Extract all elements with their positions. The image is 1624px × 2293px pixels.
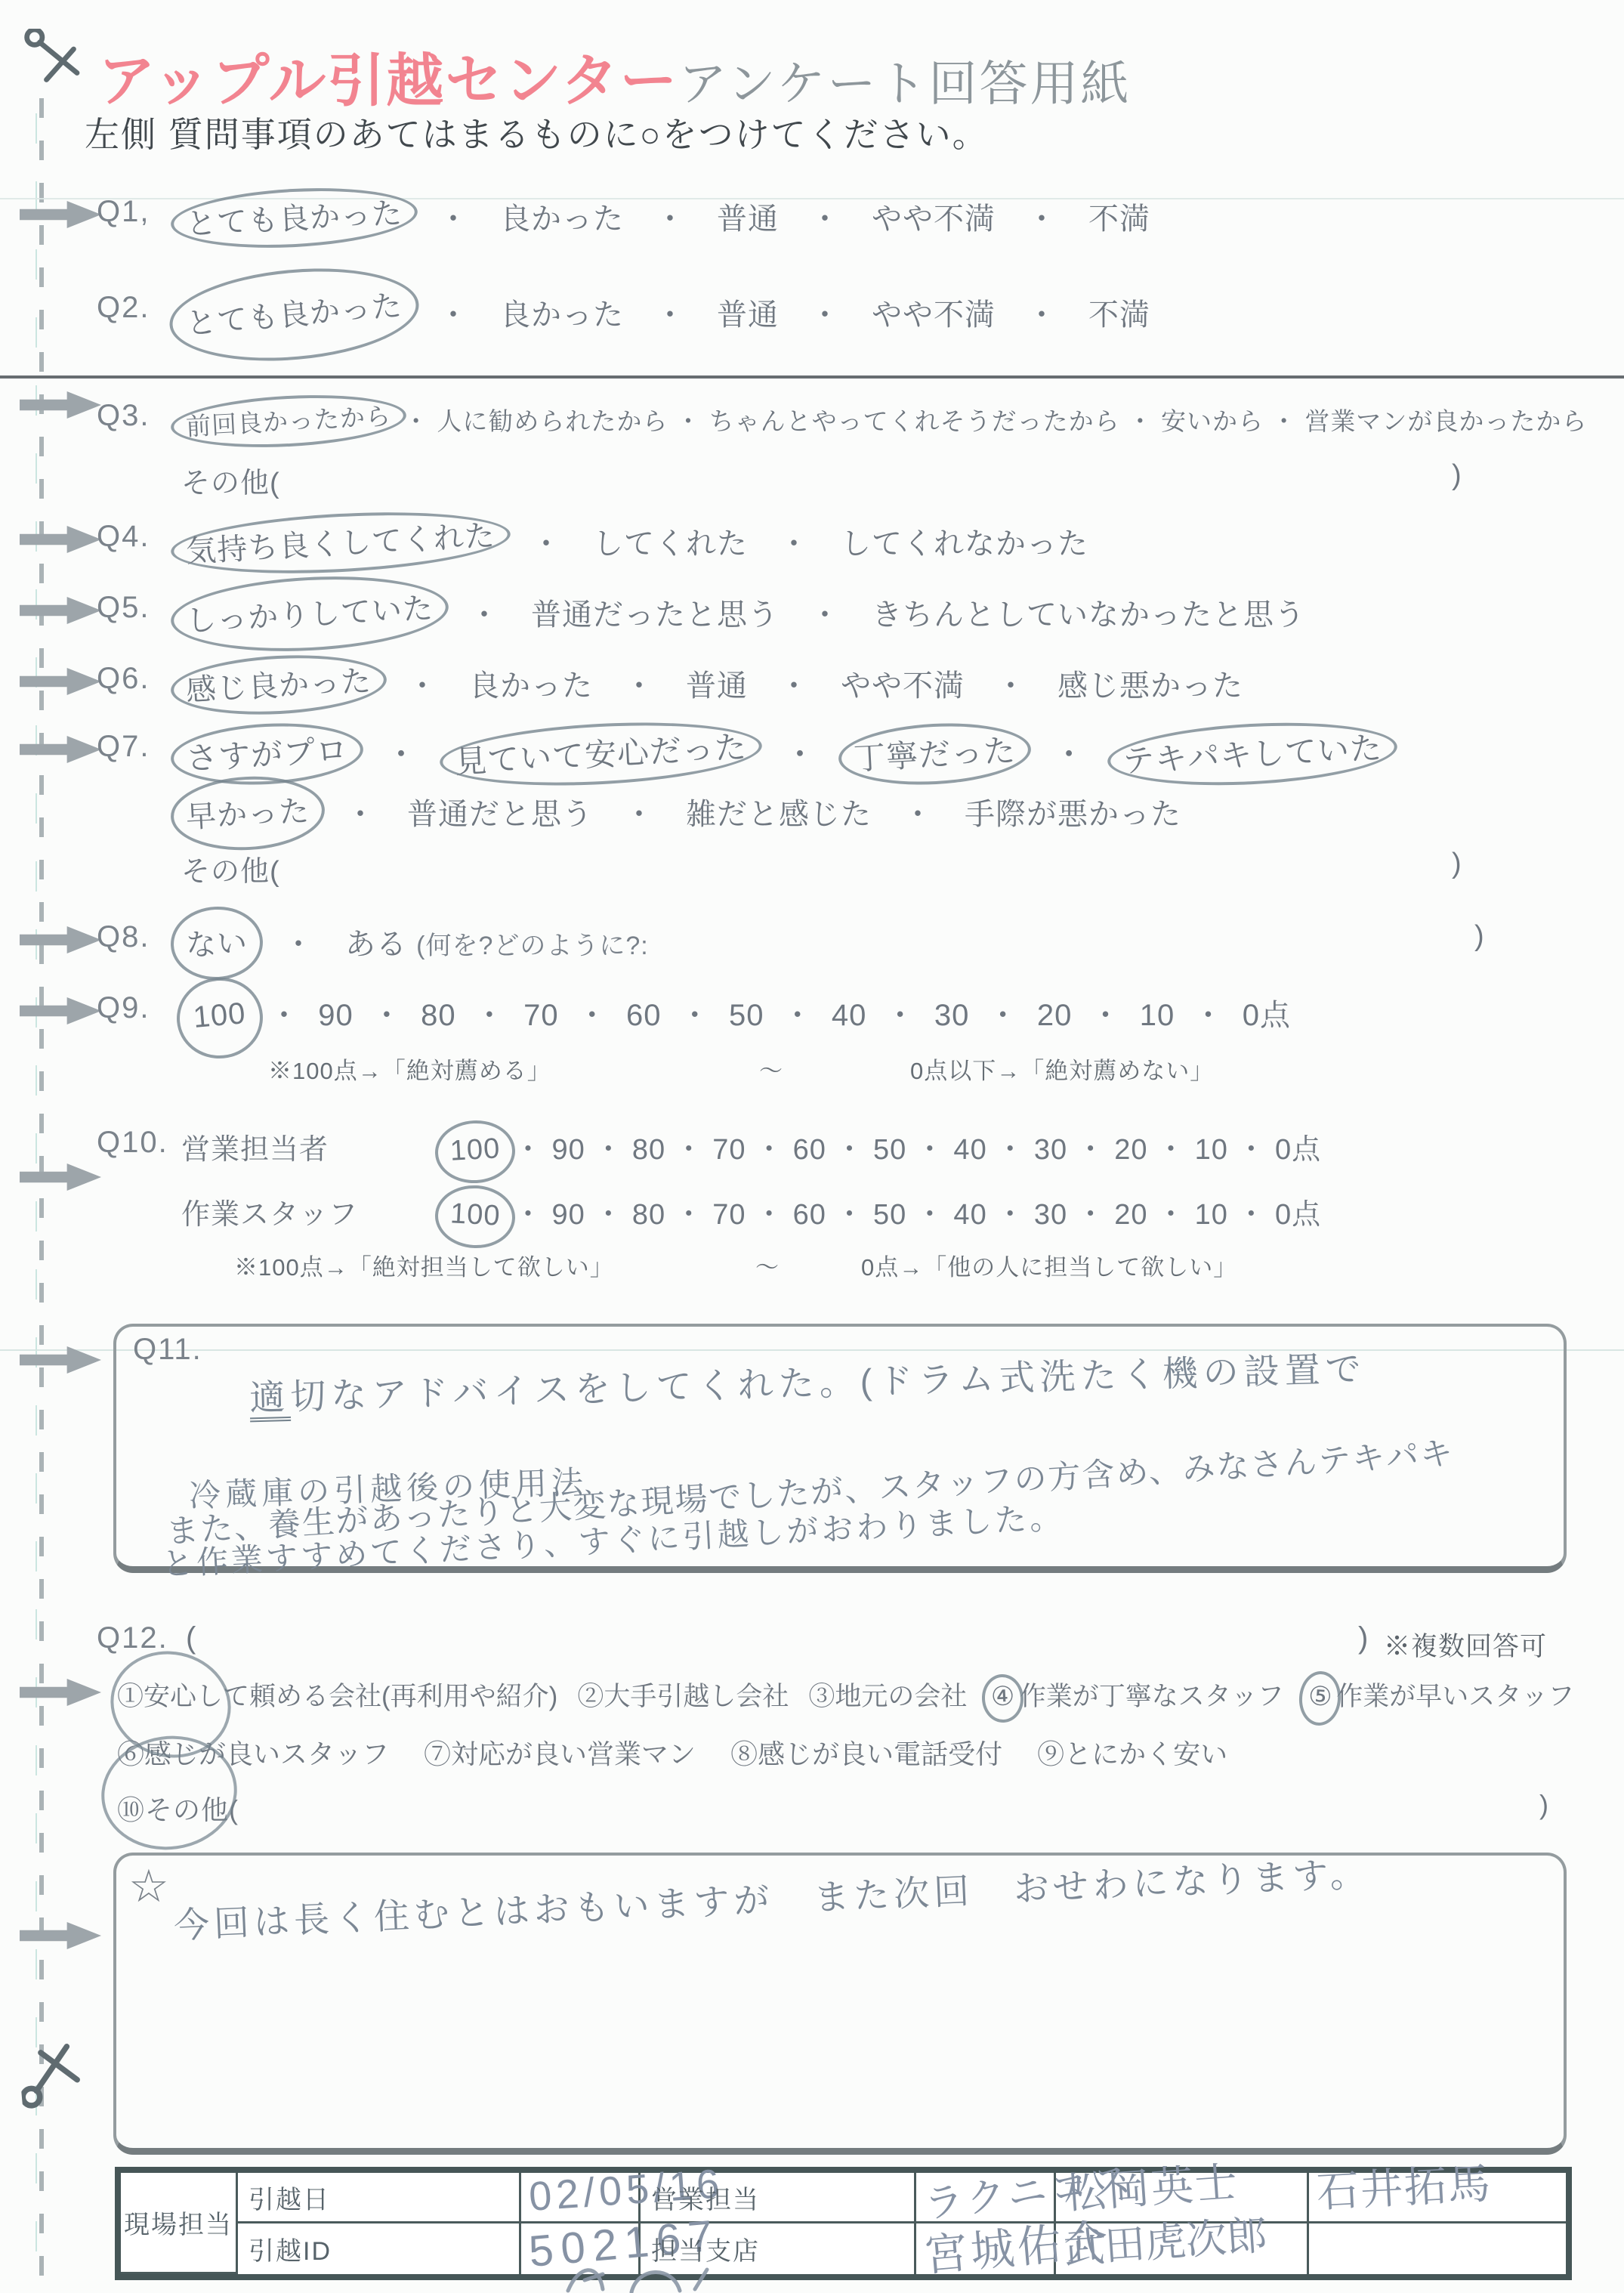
q1-options: とても良かった ・ 良かった ・ 普通 ・ やや不満 ・ 不満 — [181, 195, 1150, 241]
q1-other-options: ・ 良かった ・ 普通 ・ やや不満 ・ 不満 — [407, 202, 1150, 236]
move-id-label: 引越ID — [238, 2230, 332, 2267]
footer-table: 引越日 02/05/16 営業担当 ラクニコス 現場担当 松岡英士 石井拓馬 引… — [115, 2167, 1572, 2280]
q10-sales-other-scores: ・ 90 ・ 80 ・ 70 ・ 60 ・ 50 ・ 40 ・ 30 ・ 20 … — [505, 1134, 1321, 1166]
site-crew-label: 現場担当 — [124, 2204, 233, 2241]
q1-circled-answer: とても良かった — [169, 182, 419, 253]
star-icon: ☆ — [128, 1860, 169, 1913]
q9-label: Q9. — [97, 991, 150, 1025]
q9-circled-score: 100 — [174, 974, 267, 1062]
separator: ・ — [752, 737, 849, 772]
q3-circled-answer: 前回良かったから — [169, 390, 407, 453]
q12-label: Q12. — [97, 1621, 168, 1655]
page-divider-line — [0, 375, 1624, 379]
q3-other-field: その他( — [181, 459, 280, 501]
q12-option-8-number: ⑧ — [730, 1738, 758, 1769]
q12-options-line2: ⑥感じが良いスタッフ ⑦対応が良い営業マン ⑧感じが良い電話受付 ⑨とにかく安い — [117, 1733, 1227, 1772]
q12-close-paren: ) — [1358, 1621, 1369, 1655]
q10-label: Q10. — [97, 1126, 168, 1160]
q6-circled-answer: 感じ良かった — [169, 651, 388, 720]
q7-options-line1: さすがプロ ・ 見ていて安心だった ・ 丁寧だった ・ テキパキしていた — [181, 730, 1387, 778]
q2-other-options: ・ 良かった ・ 普通 ・ やや不満 ・ 不満 — [407, 298, 1150, 332]
q7-circled-answer-4: テキパキしていた — [1106, 716, 1399, 792]
q7-label: Q7. — [97, 730, 150, 764]
q10-sales-name: 営業担当者 — [181, 1126, 446, 1167]
q7-circled-answer-2: 見ていて安心だった — [438, 715, 764, 793]
q10-row-sales: 営業担当者100 ・ 90 ・ 80 ・ 70 ・ 60 ・ 50 ・ 40 ・… — [181, 1126, 1321, 1170]
q11-line1-rest: 切なアドバイスをしてくれた。(ドラム式洗たく機の設置で — [290, 1349, 1367, 1417]
margin-arrow-icon — [20, 597, 101, 624]
q10-note-right: 0点→「他の人に担当して欲しい」 — [861, 1248, 1237, 1282]
q1-label: Q1, — [97, 195, 150, 229]
q12-open-paren: ( — [186, 1621, 196, 1655]
q12-option-5-text: 作業が早いスタッフ — [1336, 1682, 1574, 1711]
q10-row-staff: 作業スタッフ100 ・ 90 ・ 80 ・ 70 ・ 60 ・ 50 ・ 40 … — [181, 1191, 1321, 1235]
survey-sheet: アップル引越センターアンケート回答用紙 左側 質問事項のあてはまるものに○をつけ… — [0, 0, 1624, 2293]
separator: ・ — [353, 737, 450, 772]
q8-paren-prompt: (何を?どのように?: — [416, 932, 649, 960]
q12-option-3: ③地元の会社 — [808, 1676, 967, 1715]
margin-arrow-icon — [20, 1163, 101, 1191]
q12-option-7-text: 対応が良い営業マン — [451, 1738, 696, 1769]
q3-other-close-paren: ) — [1452, 459, 1462, 492]
star-handwriting-comment: 今回は長く住むとはおもいますが また次回 おせわになります。 — [173, 1846, 1371, 1948]
q4-label: Q4. — [97, 520, 150, 554]
site-crew-name1-handwritten: 松岡英士 — [1062, 2161, 1240, 2215]
q10-staff-name: 作業スタッフ — [181, 1191, 446, 1232]
sales-rep-value-cell: ラクニコス — [916, 2173, 1056, 2223]
q7-options-line2: 早かった ・ 普通だと思う ・ 雑だと感じた ・ 手際が悪かった — [181, 790, 1181, 836]
site-crew-name3-cell: 武田虎次郎 — [1056, 2223, 1309, 2274]
q10-sales-circled-score: 100 — [434, 1118, 517, 1185]
margin-arrow-icon — [20, 997, 101, 1024]
margin-arrow-icon — [20, 201, 101, 228]
q4-circled-answer: 気持ち良くしてくれた — [169, 505, 511, 580]
site-crew-name3-handwritten: 武田虎次郎 — [1062, 2215, 1268, 2270]
q12-option-10-close-paren: ) — [1539, 1789, 1549, 1821]
separator: ・ — [1020, 737, 1118, 772]
q12-option-7-number: ⑦ — [424, 1738, 451, 1769]
q7-other-field: その他( — [181, 848, 280, 889]
instruction-text: 左側 質問事項のあてはまるものに○をつけてください。 — [85, 107, 989, 157]
q9-note-tilde: ～ — [759, 1052, 783, 1086]
cut-dashed-line — [39, 98, 44, 2289]
q12-option-9-text: とにかく安い — [1064, 1738, 1227, 1769]
q2-circled-answer: とても良かった — [165, 259, 422, 370]
q8-close-paren: ) — [1474, 920, 1485, 953]
q5-circled-answer: しっかりしていた — [169, 570, 451, 657]
q10-staff-other-scores: ・ 90 ・ 80 ・ 70 ・ 60 ・ 50 ・ 40 ・ 30 ・ 20 … — [505, 1199, 1321, 1231]
q4-options: 気持ち良くしてくれた ・ してくれた ・ してくれなかった — [181, 520, 1088, 566]
scissors-icon-bottom — [17, 2029, 98, 2111]
q8-options: ない ・ ある (何を?どのように?: — [181, 920, 649, 966]
q12-option-4: ④作業が丁寧なスタッフ — [986, 1676, 1283, 1715]
q7-circled-answer-5: 早かった — [169, 773, 327, 854]
q12-option-5-circled-number: ⑤ — [1297, 1670, 1342, 1727]
q5-label: Q5. — [97, 591, 150, 625]
q8-other-option: ・ ある — [252, 928, 416, 961]
q6-options: 感じ良かった ・ 良かった ・ 普通 ・ やや不満 ・ 感じ悪かった — [181, 662, 1243, 708]
q9-note-left: ※100点→「絶対薦める」 — [268, 1052, 551, 1086]
q12-option-3-number: ③ — [808, 1682, 835, 1711]
q5-options: しっかりしていた ・ 普通だったと思う ・ きちんとしていなかったと思う — [181, 591, 1305, 637]
q10-note-left: ※100点→「絶対担当して欲しい」 — [234, 1248, 614, 1282]
q12-option-9-number: ⑨ — [1037, 1738, 1064, 1769]
q12-option-8: ⑧感じが良い電話受付 — [730, 1733, 1002, 1772]
site-crew-name2-handwritten: 石井拓馬 — [1316, 2162, 1493, 2214]
q12-option-2: ②大手引越し会社 — [577, 1676, 789, 1715]
q8-circled-answer: ない — [169, 904, 265, 982]
q4-other-options: ・ してくれた ・ してくれなかった — [500, 527, 1088, 561]
q11-handwriting-line1: 適切なアドバイスをしてくれた。(ドラム式洗たく機の設置で — [249, 1341, 1366, 1421]
q3-label: Q3. — [97, 399, 150, 433]
q8-label: Q8. — [97, 920, 150, 954]
sales-rep-label: 営業担当 — [641, 2179, 760, 2216]
q2-options: とても良かった ・ 良かった ・ 普通 ・ やや不満 ・ 不満 — [181, 291, 1150, 337]
q10-staff-circled-score: 100 — [434, 1183, 517, 1250]
margin-arrow-icon — [20, 391, 101, 419]
margin-arrow-icon — [20, 736, 101, 763]
move-date-label-cell: 引越日 — [238, 2173, 521, 2223]
site-crew-label-cell: 現場担当 — [121, 2173, 238, 2274]
margin-arrow-icon — [20, 668, 101, 695]
q12-option-2-text: 大手引越し会社 — [604, 1682, 789, 1711]
q6-other-options: ・ 良かった ・ 普通 ・ やや不満 ・ 感じ悪かった — [376, 669, 1243, 703]
q5-other-options: ・ 普通だったと思う ・ きちんとしていなかったと思う — [438, 598, 1305, 632]
q12-option-8-text: 感じが良い電話受付 — [758, 1738, 1002, 1769]
stray-handwriting-mark — [559, 2259, 725, 2293]
q9-other-scores: ・ 90 ・ 80 ・ 70 ・ 60 ・ 50 ・ 40 ・ 30 ・ 20 … — [251, 999, 1291, 1032]
q7-circled-answer-3: 丁寧だった — [837, 718, 1033, 789]
move-id-label-cell: 引越ID — [238, 2223, 521, 2274]
q7-other-close-paren: ) — [1452, 848, 1462, 880]
q2-label: Q2. — [97, 291, 150, 325]
q6-label: Q6. — [97, 662, 150, 696]
doc-title: アンケート回答用紙 — [678, 57, 1131, 111]
q9-note-right: 0点以下→「絶対薦めない」 — [910, 1052, 1214, 1086]
q12-options-line1: ①安心して頼める会社(再利用や紹介) ②大手引越し会社 ③地元の会社 ④作業が丁… — [117, 1676, 1574, 1715]
q12-option-3-text: 地元の会社 — [835, 1682, 967, 1711]
q12-option-4-text: 作業が丁寧なスタッフ — [1020, 1682, 1284, 1711]
margin-arrow-icon — [20, 926, 101, 953]
star-comment-box: ☆ 今回は長く住むとはおもいますが また次回 おせわになります。 — [113, 1853, 1567, 2155]
q11-label: Q11. — [133, 1333, 202, 1367]
q3-options: 前回良かったから ・ 人に勧められたから ・ ちゃんとやってくれそうだったから … — [181, 402, 1587, 440]
q12-option-7: ⑦対応が良い営業マン — [424, 1733, 696, 1772]
move-date-label: 引越日 — [238, 2179, 330, 2216]
margin-arrow-icon — [20, 526, 101, 553]
q11-comment-box: Q11. 適切なアドバイスをしてくれた。(ドラム式洗たく機の設置で 冷蔵庫の引越… — [113, 1324, 1567, 1573]
margin-arrow-icon — [20, 1922, 101, 1949]
site-crew-name2-cell: 石井拓馬 — [1309, 2173, 1566, 2223]
q3-other-options: ・ 人に勧められたから ・ ちゃんとやってくれそうだったから ・ 安いから ・ … — [396, 407, 1587, 435]
scissors-icon — [23, 29, 91, 97]
q9-score-scale: 100 ・ 90 ・ 80 ・ 70 ・ 60 ・ 50 ・ 40 ・ 30 ・… — [189, 991, 1291, 1036]
q7-line2-other-options: ・ 普通だと思う ・ 雑だと感じた ・ 手際が悪かった — [314, 798, 1181, 831]
site-crew-name4-cell — [1309, 2223, 1566, 2274]
branch-value-cell: 宮城佑介 — [916, 2223, 1056, 2274]
q11-underlined-char: 適 — [249, 1377, 292, 1422]
q12-option-2-number: ② — [577, 1682, 604, 1711]
margin-arrow-icon — [20, 1679, 101, 1706]
q12-option-9: ⑨とにかく安い — [1037, 1733, 1227, 1772]
brand-title: アップル引越センター — [98, 49, 679, 113]
q12-multi-answer-note: ※複数回答可 — [1384, 1626, 1547, 1664]
move-date-value-cell: 02/05/16 — [521, 2173, 641, 2223]
cut-dashed-line-faint — [36, 113, 37, 2282]
q10-note-tilde: ～ — [755, 1248, 780, 1282]
q12-option-5: ⑤作業が早いスタッフ — [1304, 1676, 1574, 1715]
q12-option-4-circled-number: ④ — [981, 1673, 1026, 1724]
